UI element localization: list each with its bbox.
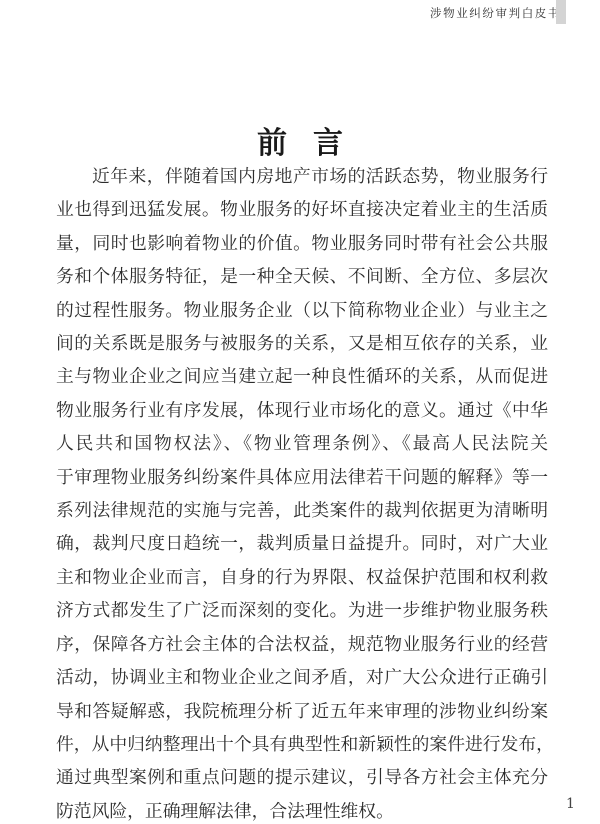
body-paragraph: 近年来，伴随着国内房地产市场的活跃态势，物业服务行 业也得到迅猛发展。物业服务的… (56, 160, 548, 824)
page-title: 前言 (0, 118, 600, 162)
text-line: 通过典型案例和重点问题的提示建议，引导各方社会主体充分 (56, 761, 548, 794)
running-header: 涉物业纠纷审判白皮书 (430, 5, 561, 21)
text-line: 防范风险，正确理解法律，合法理性维权。 (56, 795, 548, 824)
text-line: 主和物业企业而言，自身的行为界限、权益保护范围和权利救 (56, 561, 548, 594)
text-line: 物业服务行业有序发展，体现行业市场化的意义。通过《中华 (56, 394, 548, 427)
text-line: 活动，协调业主和物业企业之间矛盾，对广大公众进行正确引 (56, 661, 548, 694)
page-number: 1 (566, 796, 575, 812)
text-line: 确，裁判尺度日趋统一，裁判质量日益提升。同时，对广大业 (56, 527, 548, 560)
text-line: 务和个体服务特征，是一种全天候、不间断、全方位、多层次 (56, 260, 548, 293)
text-line: 导和答疑解惑，我院梳理分析了近五年来审理的涉物业纠纷案 (56, 695, 548, 728)
text-line: 济方式都发生了广泛而深刻的变化。为进一步维护物业服务秩 (56, 594, 548, 627)
text-line: 量，同时也影响着物业的价值。物业服务同时带有社会公共服 (56, 227, 548, 260)
text-line: 系列法律规范的实施与完善，此类案件的裁判依据更为清晰明 (56, 494, 548, 527)
text-line: 主与物业企业之间应当建立起一种良性循环的关系，从而促进 (56, 360, 548, 393)
text-line: 间的关系既是服务与被服务的关系，又是相互依存的关系，业 (56, 327, 548, 360)
text-line: 近年来，伴随着国内房地产市场的活跃态势，物业服务行 (56, 160, 548, 193)
header-tab-bar (556, 0, 566, 24)
text-line: 件，从中归纳整理出十个具有典型性和新颖性的案件进行发布， (56, 728, 548, 761)
text-line: 的过程性服务。物业服务企业（以下简称物业企业）与业主之 (56, 294, 548, 327)
text-line: 于审理物业服务纠纷案件具体应用法律若干问题的解释》等一 (56, 461, 548, 494)
text-line: 序，保障各方社会主体的合法权益，规范物业服务行业的经营 (56, 628, 548, 661)
text-line: 业也得到迅猛发展。物业服务的好坏直接决定着业主的生活质 (56, 193, 548, 226)
text-line: 人民共和国物权法》、《物业管理条例》、《最高人民法院关 (56, 427, 548, 460)
